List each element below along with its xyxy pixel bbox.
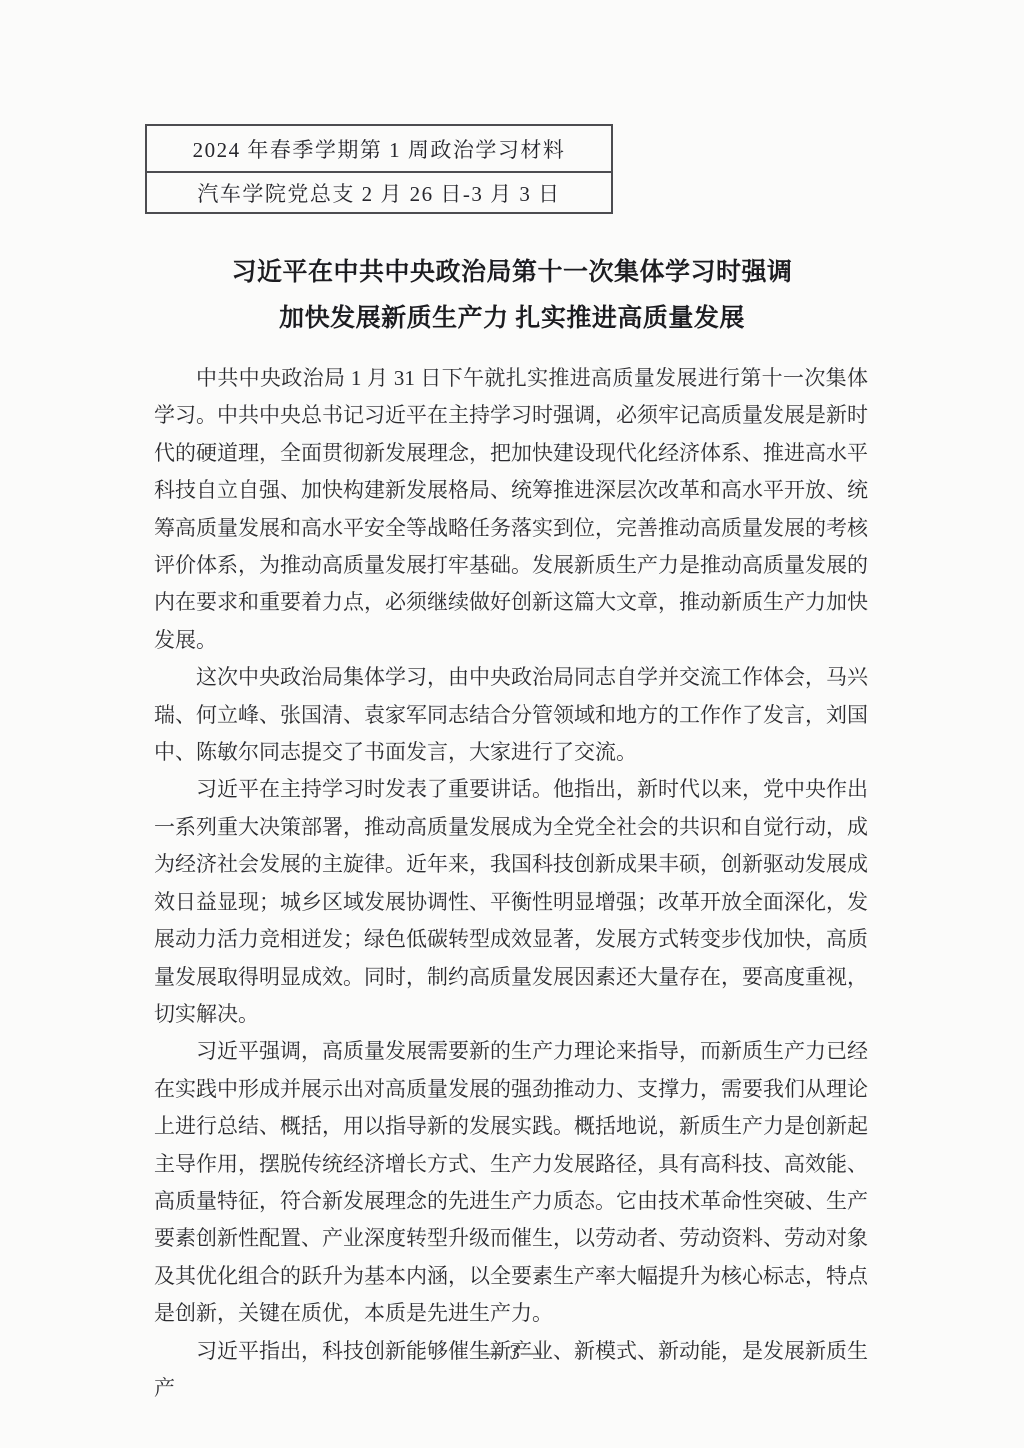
body-paragraph-4: 习近平强调，高质量发展需要新的生产力理论来指导，而新质生产力已经在实践中形成并展…: [154, 1033, 868, 1332]
document-body: 中共中央政治局 1 月 31 日下午就扎实推进高质量发展进行第十一次集体学习。中…: [154, 360, 868, 1407]
header-box-line-1: 2024 年春季学期第 1 周政治学习材料: [147, 126, 611, 171]
body-paragraph-2: 这次中央政治局集体学习，由中央政治局同志自学并交流工作体会，马兴瑞、何立峰、张国…: [154, 659, 868, 771]
header-box: 2024 年春季学期第 1 周政治学习材料 汽车学院党总支 2 月 26 日-3…: [145, 124, 613, 214]
document-page: 2024 年春季学期第 1 周政治学习材料 汽车学院党总支 2 月 26 日-3…: [0, 0, 1024, 1448]
document-title-line-2: 加快发展新质生产力 扎实推进高质量发展: [0, 296, 1024, 342]
page-number: — 3—: [0, 1340, 1024, 1365]
document-title-line-1: 习近平在中共中央政治局第十一次集体学习时强调: [0, 250, 1024, 296]
body-paragraph-1: 中共中央政治局 1 月 31 日下午就扎实推进高质量发展进行第十一次集体学习。中…: [154, 360, 868, 659]
header-box-line-2: 汽车学院党总支 2 月 26 日-3 月 3 日: [147, 171, 611, 212]
document-title: 习近平在中共中央政治局第十一次集体学习时强调 加快发展新质生产力 扎实推进高质量…: [0, 250, 1024, 342]
body-paragraph-3: 习近平在主持学习时发表了重要讲话。他指出，新时代以来，党中央作出一系列重大决策部…: [154, 771, 868, 1033]
